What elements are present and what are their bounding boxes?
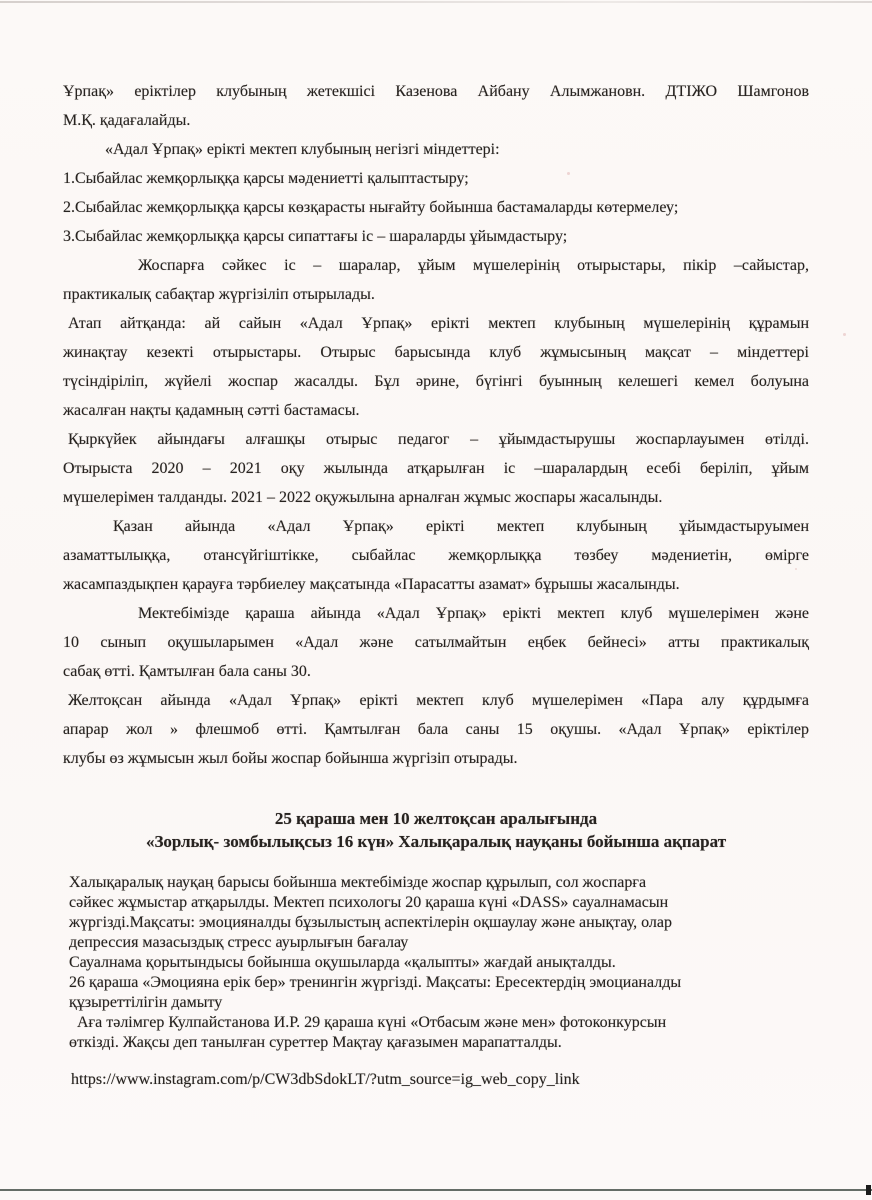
text-line: Қазан айында «Адал Ұрпақ» ерікті мектеп … bbox=[63, 512, 809, 541]
text-line: жасалған нақты қадамның сәтті бастамасы. bbox=[63, 396, 809, 425]
text-line: азаматтылыққа, отансүйгіштікке, сыбайлас… bbox=[63, 541, 809, 570]
text-line: жинақтау кезекті отырыстары. Отырыс бары… bbox=[63, 338, 809, 367]
text-line: Желтоқсан айында «Адал Ұрпақ» ерікті мек… bbox=[63, 686, 809, 715]
text-line: Жоспарға сәйкес іс – шаралар, ұйым мүшел… bbox=[63, 251, 809, 280]
scan-speck bbox=[843, 333, 846, 336]
campaign-heading: 25 қараша мен 10 желтоқсан аралығында «З… bbox=[63, 807, 809, 853]
text-line: М.Қ. қадағалайды. bbox=[63, 106, 809, 135]
text-line: «Адал Ұрпақ» ерікті мектеп клубының негі… bbox=[63, 135, 809, 164]
text-line: Сауалнама қорытындысы бойынша оқушыларда… bbox=[69, 953, 809, 973]
heading-line-1: 25 қараша мен 10 желтоқсан аралығында bbox=[63, 807, 809, 830]
text-line: 10 сынып оқушыларымен «Адал және сатылма… bbox=[63, 628, 809, 657]
text-line: 2.Сыбайлас жемқорлыққа қарсы көзқарасты … bbox=[63, 193, 809, 222]
text-line: Ұрпақ» еріктілер клубының жетекшісі Казе… bbox=[63, 77, 809, 106]
scan-speck bbox=[122, 905, 124, 907]
scan-corner-mark bbox=[866, 1185, 871, 1195]
text-line: Қыркүйек айындағы алғашқы отырыс педагог… bbox=[63, 425, 809, 454]
scanned-report-page: Ұрпақ» еріктілер клубының жетекшісі Казе… bbox=[0, 0, 872, 1200]
text-line: Аға тәлімгер Кулпайстанова И.Р. 29 қараш… bbox=[69, 1013, 809, 1033]
text-line: Халықаралық науқаң барысы бойынша мектеб… bbox=[69, 873, 809, 893]
text-line: мүшелерімен талданды. 2021 – 2022 оқужыл… bbox=[63, 483, 809, 512]
text-line: клубы өз жұмысын жыл бойы жоспар бойынша… bbox=[63, 744, 809, 773]
text-line: жүргізді.Мақсаты: эмоцияналды бұзылыстың… bbox=[69, 913, 809, 933]
text-line: құзыреттілігін дамыту bbox=[69, 993, 809, 1013]
scan-edge-top-line bbox=[0, 1, 872, 3]
text-line: практикалық сабақтар жүргізіліп отырылад… bbox=[63, 280, 809, 309]
instagram-link-text: https://www.instagram.com/p/CW3dbSdokLT/… bbox=[63, 1070, 809, 1090]
page-content: Ұрпақ» еріктілер клубының жетекшісі Казе… bbox=[63, 77, 809, 1090]
text-line: сабақ өтті. Қамтылған бала саны 30. bbox=[63, 657, 809, 686]
scan-speck bbox=[795, 568, 797, 570]
text-line: сәйкес жұмыстар атқарылды. Мектеп психол… bbox=[69, 893, 809, 913]
text-line: 26 қараша «Эмоцияна ерік бер» тренингін … bbox=[69, 973, 809, 993]
text-line: апарар жол » флешмоб өтті. Қамтылған бал… bbox=[63, 715, 809, 744]
heading-line-2: «Зорлық- зомбылықсыз 16 күн» Халықаралық… bbox=[63, 830, 809, 853]
text-line: 1.Сыбайлас жемқорлыққа қарсы мәдениетті … bbox=[63, 164, 809, 193]
text-line: депрессия мазасыздық стресс ауырлығын ба… bbox=[69, 933, 809, 953]
text-line: 3.Сыбайлас жемқорлыққа қарсы сипаттағы і… bbox=[63, 222, 809, 251]
scan-edge-bottom-line bbox=[0, 1189, 872, 1191]
text-line: Мектебімізде қараша айында «Адал Ұрпақ» … bbox=[63, 599, 809, 628]
text-line: Атап айтқанда: ай сайын «Адал Ұрпақ» ері… bbox=[63, 309, 809, 338]
text-line: Отырыста 2020 – 2021 оқу жылында атқарыл… bbox=[63, 454, 809, 483]
text-line: түсіндіріліп, жүйелі жоспар жасалды. Бұл… bbox=[63, 367, 809, 396]
text-line: өткізді. Жақсы деп танылған суреттер Мақ… bbox=[69, 1033, 809, 1053]
text-line: жасампаздықпен қарауға тәрбиелеу мақсаты… bbox=[63, 570, 809, 599]
scan-speck bbox=[567, 172, 570, 175]
report-body-top: Ұрпақ» еріктілер клубының жетекшісі Казе… bbox=[63, 77, 809, 773]
report-body-bottom: Халықаралық науқаң барысы бойынша мектеб… bbox=[63, 873, 809, 1053]
